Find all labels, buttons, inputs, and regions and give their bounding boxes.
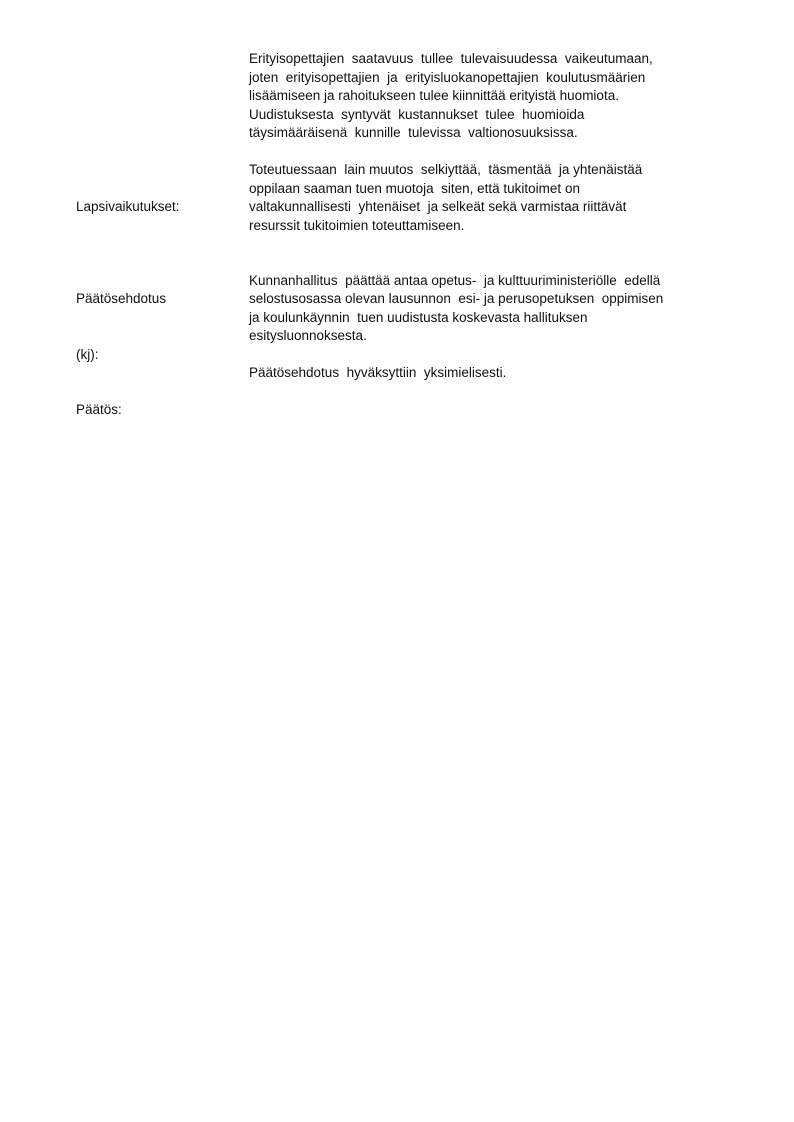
label-line: (kj): bbox=[76, 346, 166, 365]
section-text: Päätösehdotus hyväksyttiin yksimielisest… bbox=[249, 364, 749, 383]
document-page: Erityisopettajien saatavuus tullee tulev… bbox=[0, 0, 794, 1122]
label-line: Lapsivaikutukset: bbox=[76, 198, 180, 217]
section-text: Kunnanhallitus päättää antaa opetus- ja … bbox=[249, 272, 749, 346]
text-line: Erityisopettajien saatavuus tullee tulev… bbox=[249, 50, 749, 69]
text-line: resurssit tukitoimien toteuttamiseen. bbox=[249, 217, 749, 236]
section-text: Toteutuessaan lain muutos selkiyttää, tä… bbox=[249, 161, 749, 235]
text-line: Uudistuksesta syntyvät kustannukset tule… bbox=[249, 106, 749, 125]
text-line: lisäämiseen ja rahoitukseen tulee kiinni… bbox=[249, 87, 749, 106]
text-line: ja koulunkäynnin tuen uudistusta koskeva… bbox=[249, 309, 749, 328]
text-line: Kunnanhallitus päättää antaa opetus- ja … bbox=[249, 272, 749, 291]
text-line: täysimääräisenä kunnille tulevissa valti… bbox=[249, 124, 749, 143]
text-line: joten erityisopettajien ja erityisluokan… bbox=[249, 69, 749, 88]
text-line: oppilaan saaman tuen muotoja siten, että… bbox=[249, 180, 749, 199]
section-label: Lapsivaikutukset: bbox=[76, 161, 180, 254]
text-line: valtakunnallisesti yhtenäiset ja selkeät… bbox=[249, 198, 749, 217]
text-line: esitysluonnoksesta. bbox=[249, 327, 749, 346]
label-line: Päätösehdotus bbox=[76, 290, 166, 309]
text-line: Päätösehdotus hyväksyttiin yksimielisest… bbox=[249, 364, 749, 383]
text-line: Toteutuessaan lain muutos selkiyttää, tä… bbox=[249, 161, 749, 180]
text-line: selostusosassa olevan lausunnon esi- ja … bbox=[249, 290, 749, 309]
section-text: Erityisopettajien saatavuus tullee tulev… bbox=[249, 50, 749, 143]
section-label: Päätös: bbox=[76, 364, 122, 457]
label-line: Päätös: bbox=[76, 401, 122, 420]
